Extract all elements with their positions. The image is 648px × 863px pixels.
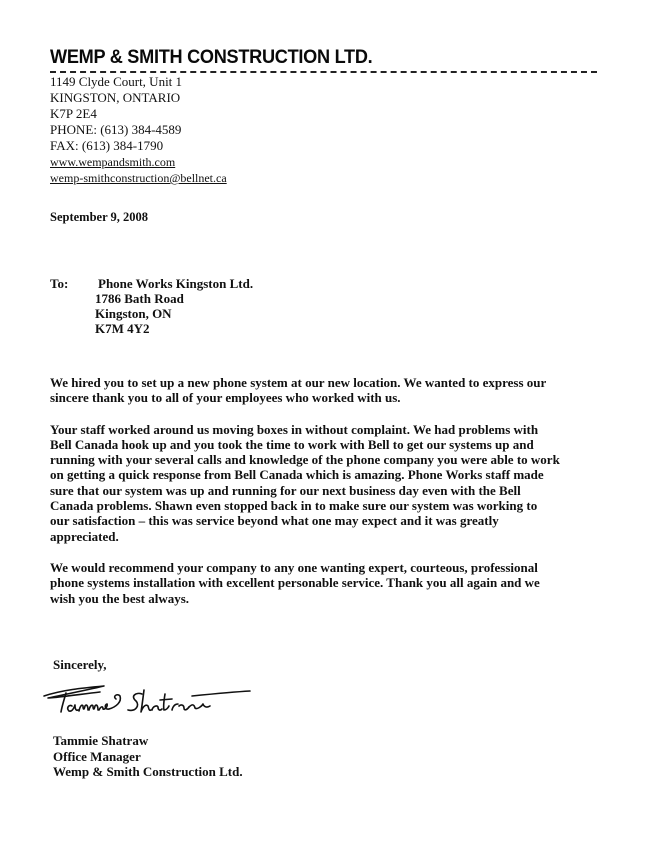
body-line: sincere thank you to all of your employe… (50, 390, 570, 405)
body-line: Bell Canada hook up and you took the tim… (50, 437, 570, 452)
body-line: running with your several calls and know… (50, 452, 570, 467)
sender-address: 1149 Clyde Court, Unit 1 KINGSTON, ONTAR… (50, 74, 227, 186)
sender-street: 1149 Clyde Court, Unit 1 (50, 74, 227, 90)
recipient-address: Phone Works Kingston Ltd. 1786 Bath Road… (95, 276, 253, 336)
signature-block: Tammie Shatraw Office Manager Wemp & Smi… (53, 733, 243, 780)
letter-body: We hired you to set up a new phone syste… (50, 375, 570, 622)
letter-page: WEMP & SMITH CONSTRUCTION LTD. 1149 Clyd… (0, 0, 648, 863)
recipient-street: 1786 Bath Road (95, 291, 253, 306)
body-paragraph-1: We hired you to set up a new phone syste… (50, 375, 570, 406)
body-line: Your staff worked around us moving boxes… (50, 422, 570, 437)
signer-title: Office Manager (53, 749, 243, 765)
body-line: We hired you to set up a new phone syste… (50, 375, 570, 390)
body-line: sure that our system was up and running … (50, 483, 570, 498)
body-paragraph-2: Your staff worked around us moving boxes… (50, 422, 570, 544)
closing: Sincerely, (53, 657, 107, 673)
recipient-postal-code: K7M 4Y2 (95, 321, 253, 336)
company-name: WEMP & SMITH CONSTRUCTION LTD. (50, 46, 372, 69)
signer-name: Tammie Shatraw (53, 733, 243, 749)
signer-company: Wemp & Smith Construction Ltd. (53, 764, 243, 780)
recipient-name: Phone Works Kingston Ltd. (98, 276, 253, 291)
email-link[interactable]: wemp-smithconstruction@bellnet.ca (50, 171, 227, 185)
body-line: wish you the best always. (50, 591, 570, 606)
body-line: our satisfaction – this was service beyo… (50, 513, 570, 528)
signature-icon (42, 676, 252, 722)
sender-fax: FAX: (613) 384-1790 (50, 138, 227, 154)
letter-date: September 9, 2008 (50, 210, 148, 225)
sender-phone: PHONE: (613) 384-4589 (50, 122, 227, 138)
sender-postal-code: K7P 2E4 (50, 106, 227, 122)
body-line: on getting a quick response from Bell Ca… (50, 467, 570, 482)
to-label: To: (50, 276, 68, 292)
recipient-city: Kingston, ON (95, 306, 253, 321)
letterhead-divider (50, 71, 597, 73)
body-line: appreciated. (50, 529, 570, 544)
website-link[interactable]: www.wempandsmith.com (50, 155, 175, 169)
body-paragraph-3: We would recommend your company to any o… (50, 560, 570, 606)
sender-city: KINGSTON, ONTARIO (50, 90, 227, 106)
body-line: We would recommend your company to any o… (50, 560, 570, 575)
body-line: Canada problems. Shawn even stopped back… (50, 498, 570, 513)
body-line: phone systems installation with excellen… (50, 575, 570, 590)
